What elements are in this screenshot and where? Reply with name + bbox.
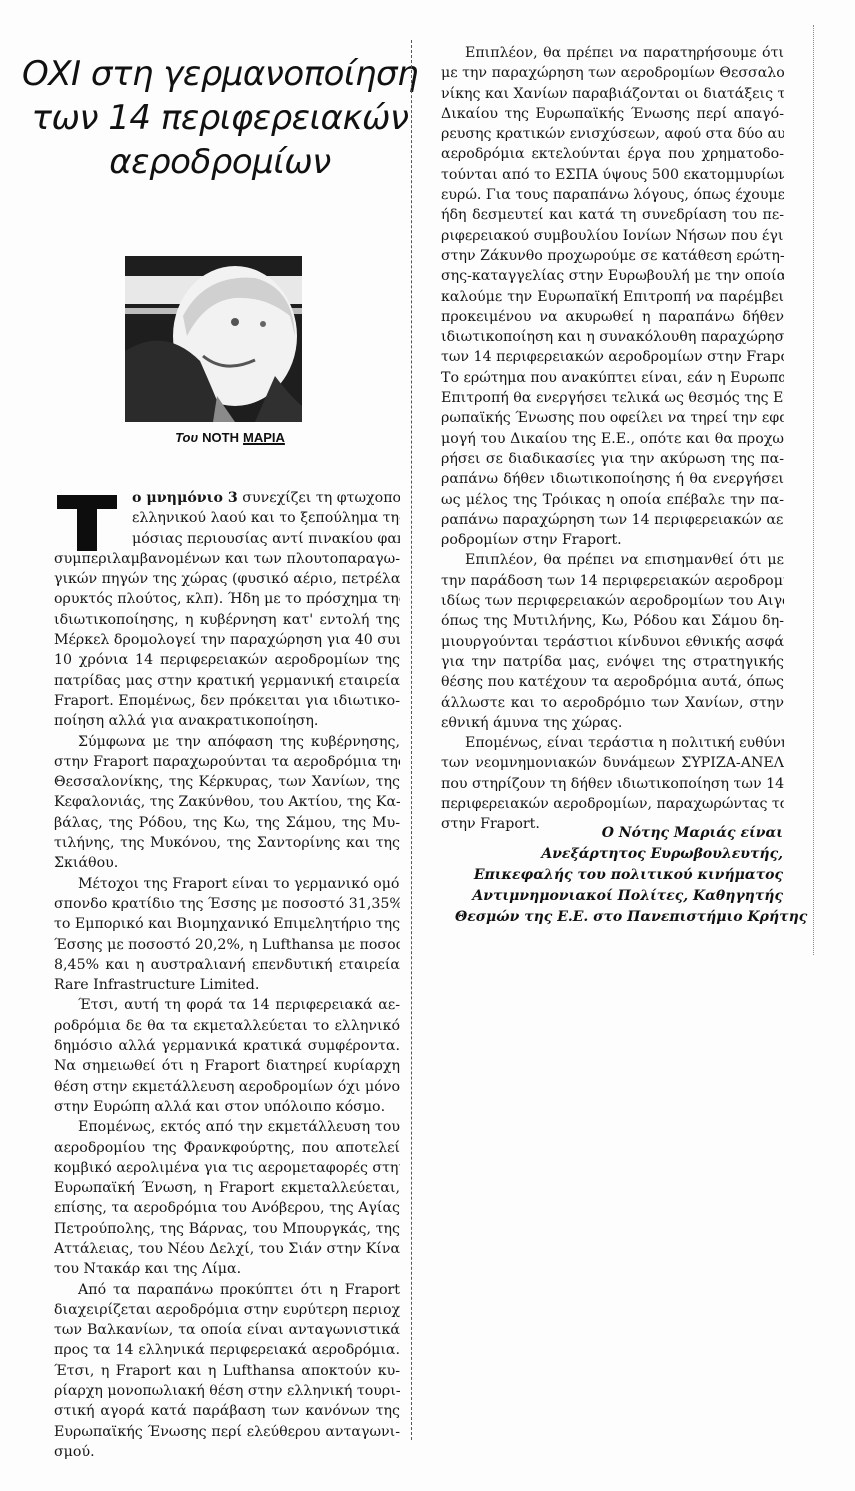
text-line: βάλας, της Ρόδου, της Κω, της Σάμου, της… bbox=[54, 813, 400, 833]
text-line: θέση στην εκμετάλλευση αεροδρομίων όχι μ… bbox=[54, 1077, 400, 1097]
text-line: τιλήνης, της Μυκόνου, της Σαντορίνης και… bbox=[54, 833, 400, 853]
article-column-right: Επιπλέον, θα πρέπει να παρατηρήσουμε ότι… bbox=[441, 43, 784, 835]
text-line: ραπάνω παραχώρηση των 14 περιφερειακών α… bbox=[441, 510, 784, 530]
text-line: Μέρκελ δρομολογεί την παραχώρηση για 40 … bbox=[54, 630, 400, 650]
text-line: με την παραχώρηση των αεροδρομίων Θεσσαλ… bbox=[441, 63, 784, 83]
text-line: ιδιωτικοποίηση και η συνακόλουθη παραχώρ… bbox=[441, 327, 784, 347]
author-photo bbox=[125, 256, 302, 422]
text-line: Fraport. Επομένως, δεν πρόκειται για ιδι… bbox=[54, 691, 400, 711]
author-last-name: ΜΑΡΙΑ bbox=[243, 430, 285, 445]
text-line: Κεφαλονιάς, της Ζακύνθου, του Ακτίου, τη… bbox=[54, 792, 400, 812]
bio-line: Αντιμνημονιακοί Πολίτες, Καθηγητής bbox=[455, 886, 783, 907]
text-line: δημόσιο αλλά γερμανικά κρατικά συμφέροντ… bbox=[54, 1036, 400, 1056]
column-divider bbox=[411, 40, 412, 1440]
text-line: στική αγορά κατά παράβαση των κανόνων τη… bbox=[54, 1401, 400, 1421]
text-line: μιουργούνται τεράστιοι κίνδυνοι εθνικής … bbox=[441, 632, 784, 652]
text-line: Επομένως, εκτός από την εκμετάλλευση του bbox=[54, 1117, 400, 1137]
text-line: ρωπαϊκής Ένωσης που οφείλει να τηρεί την… bbox=[441, 408, 784, 428]
lead-in-bold: ο μνημόνιο 3 bbox=[132, 490, 238, 506]
text-line: ορυκτός πλούτος, κλπ). Ήδη με το πρόσχημ… bbox=[54, 589, 400, 609]
text-line: Έτσι, αυτή τη φορά τα 14 περιφερειακά αε… bbox=[54, 995, 400, 1015]
text-line: ως μέλος της Τρόικας η οποία επέβαλε την… bbox=[441, 490, 784, 510]
text-line: άλλωστε και το αεροδρόμιο των Χανίων, στ… bbox=[441, 693, 784, 713]
text-line: Επομένως, είναι τεράστια η πολιτική ευθύ… bbox=[441, 733, 784, 753]
text-line: των 14 περιφερειακών αεροδρομίων στην Fr… bbox=[441, 347, 784, 367]
text-line: το Εμπορικό και Βιομηχανικό Επιμελητήριο… bbox=[54, 914, 400, 934]
text-line: ευρώ. Για τους παραπάνω λόγους, όπως έχο… bbox=[441, 185, 784, 205]
text-line: Το ερώτημα που ανακύπτει είναι, εάν η Ευ… bbox=[441, 368, 784, 388]
text-line: των Βαλκανίων, τα οποία είναι ανταγωνιστ… bbox=[54, 1320, 400, 1340]
text-line: Επιτροπή θα ενεργήσει τελικά ως θεσμός τ… bbox=[441, 388, 784, 408]
text-line: τούνται από το ΕΣΠΑ ύψους 500 εκατομμυρί… bbox=[441, 165, 784, 185]
byline-prefix: Του bbox=[175, 430, 198, 445]
text-line: Να σημειωθεί ότι η Fraport διατηρεί κυρί… bbox=[54, 1056, 400, 1076]
text-line: Επιπλέον, θα πρέπει να παρατηρήσουμε ότι bbox=[441, 43, 784, 63]
text-line: ριφερειακού συμβουλίου Ιονίων Νήσων που … bbox=[441, 226, 784, 246]
text-line: Θεσσαλονίκης, της Κέρκυρας, των Χανίων, … bbox=[54, 772, 400, 792]
portrait-image-icon bbox=[125, 256, 302, 422]
article-headline: ΟΧΙ στη γερμανοποίηση των 14 περιφερειακ… bbox=[20, 52, 420, 184]
text-line: ροδρομίων στην Fraport. bbox=[441, 530, 784, 550]
text-line: ραπάνω δήθεν ιδιωτικοποίησης ή θα ενεργή… bbox=[441, 469, 784, 489]
text-line: εθνική άμυνα της χώρας. bbox=[441, 713, 784, 733]
text-line: στην Fraport παραχωρούνται τα αεροδρόμια… bbox=[54, 752, 400, 772]
text-line: επίσης, τα αεροδρόμια του Ανόβερου, της … bbox=[54, 1198, 400, 1218]
text-line: ποίηση αλλά για ανακρατικοποίηση. bbox=[54, 711, 400, 731]
text-line: 8,45% και η αυστραλιανή επενδυτική εταιρ… bbox=[54, 955, 400, 975]
bio-line: Ο Νότης Μαριάς είναι bbox=[455, 823, 783, 844]
text-line: Ευρωπαϊκή Ένωση, η Fraport εκμεταλλεύετα… bbox=[54, 1178, 400, 1198]
text-line: ρευσης κρατικών ενισχύσεων, αφού στα δύο… bbox=[441, 124, 784, 144]
author-first-name: ΝΟΤΗ bbox=[202, 430, 239, 445]
headline-line: των 14 περιφερειακών bbox=[20, 96, 420, 140]
text-line: ρήσει σε διαδικασίες για την ακύρωση της… bbox=[441, 449, 784, 469]
text-line: συμπεριλαμβανομένων και των πλουτοπαραγω… bbox=[54, 549, 400, 569]
text-line: Rare Infrastructure Limited. bbox=[54, 975, 400, 995]
text-line: μόσιας περιουσίας αντί πινακίου φακής, bbox=[54, 529, 400, 549]
text-line: στην Ευρώπη αλλά και στον υπόλοιπο κόσμο… bbox=[54, 1097, 400, 1117]
text-line: Σκιάθου. bbox=[54, 853, 400, 873]
article-column-left: ο μνημόνιο 3 συνεχίζει τη φτωχοποίηση το… bbox=[54, 488, 400, 1462]
text-line: στην Ζάκυνθο προχωρούμε σε κατάθεση ερώτ… bbox=[441, 246, 784, 266]
text-line: μογή του Δικαίου της Ε.Ε., οπότε και θα … bbox=[441, 429, 784, 449]
text-line: Από τα παραπάνω προκύπτει ότι η Fraport bbox=[54, 1280, 400, 1300]
text-line: για την πατρίδα μας, ενόψει της στρατηγι… bbox=[441, 652, 784, 672]
text-line: Μέτοχοι της Fraport είναι το γερμανικό ο… bbox=[54, 874, 400, 894]
text-line: περιφερειακών αεροδρομίων, παραχωρώντας … bbox=[441, 794, 784, 814]
text-line: προς τα 14 ελληνικά περιφερειακά αεροδρό… bbox=[54, 1340, 400, 1360]
text-line: που στηρίζουν τη δήθεν ιδιωτικοποίηση τω… bbox=[441, 774, 784, 794]
text-line: σπονδο κρατίδιο της Έσσης με ποσοστό 31,… bbox=[54, 894, 400, 914]
text-line: του Ντακάρ και της Λίμα. bbox=[54, 1259, 400, 1279]
text-line: ροδρόμια δε θα τα εκμεταλλεύεται το ελλη… bbox=[54, 1016, 400, 1036]
bio-line: Επικεφαλής του πολιτικού κινήματος bbox=[455, 865, 783, 886]
text-line: διαχειρίζεται αεροδρόμια στην ευρύτερη π… bbox=[54, 1300, 400, 1320]
newspaper-clipping: ΟΧΙ στη γερμανοποίηση των 14 περιφερειακ… bbox=[0, 0, 855, 1491]
text-line: σης-καταγγελίας στην Ευρωβουλή με την οπ… bbox=[441, 266, 784, 286]
text-line: αεροδρόμια εκτελούνται έργα που χρηματοδ… bbox=[441, 144, 784, 164]
text-line: Έτσι, η Fraport και η Lufthansa αποκτούν… bbox=[54, 1361, 400, 1381]
headline-line: αεροδρομίων bbox=[20, 140, 420, 184]
text-line: νίκης και Χανίων παραβιάζονται οι διατάξ… bbox=[441, 84, 784, 104]
text-line: γικών πηγών της χώρας (φυσικό αέριο, πετ… bbox=[54, 569, 400, 589]
author-bio: Ο Νότης Μαριάς είναι Ανεξάρτητος Ευρωβου… bbox=[455, 823, 783, 928]
text-line: Ευρωπαϊκής Ένωσης περί ελεύθερου ανταγων… bbox=[54, 1422, 400, 1442]
text-line: σμού. bbox=[54, 1442, 400, 1462]
bio-line: Θεσμών της Ε.Ε. στο Πανεπιστήμιο Κρήτης bbox=[455, 907, 783, 928]
text-line: Αττάλειας, του Νέου Δελχί, του Σιάν στην… bbox=[54, 1239, 400, 1259]
byline: ΤουΝΟΤΗΜΑΡΙΑ bbox=[150, 430, 310, 445]
text-line: προκειμένου να ακυρωθεί η παραπάνω δήθεν bbox=[441, 307, 784, 327]
text-line: όπως της Μυτιλήνης, Κω, Ρόδου και Σάμου … bbox=[441, 611, 784, 631]
text-line: ρίαρχη μονοπωλιακή θέση στην ελληνική το… bbox=[54, 1381, 400, 1401]
text-line: την παράδοση των 14 περιφερειακών αεροδρ… bbox=[441, 571, 784, 591]
column-divider-right bbox=[813, 25, 814, 955]
text-line: Δικαίου της Ευρωπαϊκής Ένωσης περί απαγό… bbox=[441, 104, 784, 124]
text-line: 10 χρόνια 14 περιφερειακών αεροδρομίων τ… bbox=[54, 650, 400, 670]
text-line: καλούμε την Ευρωπαϊκή Επιτροπή να παρέμβ… bbox=[441, 287, 784, 307]
text-line: αεροδρομίου της Φρανκφούρτης, που αποτελ… bbox=[54, 1138, 400, 1158]
text-line: Πετρούπολης, της Βάρνας, του Μπουργκάς, … bbox=[54, 1219, 400, 1239]
text-line: ιδιωτικοποίησης, η κυβέρνηση κατ' εντολή… bbox=[54, 610, 400, 630]
text-line: πατρίδας μας στην κρατική γερμανική εται… bbox=[54, 671, 400, 691]
headline-line: ΟΧΙ στη γερμανοποίηση bbox=[20, 52, 420, 96]
text-line: ελληνικού λαού και το ξεπούλημα της δη- bbox=[54, 508, 400, 528]
text-line: των νεομνημονιακών δυνάμεων ΣΥΡΙΖΑ-ΑΝΕΛ bbox=[441, 753, 784, 773]
bio-line: Ανεξάρτητος Ευρωβουλευτής, bbox=[455, 844, 783, 865]
text-line: θέσης που κατέχουν τα αεροδρόμια αυτά, ό… bbox=[441, 672, 784, 692]
text-line: κομβικό αερολιμένα για τις αερομεταφορές… bbox=[54, 1158, 400, 1178]
text-line: ιδίως των περιφερειακών αεροδρομίων του … bbox=[441, 591, 784, 611]
text-line: Έσσης με ποσοστό 20,2%, η Lufthansa με π… bbox=[54, 935, 400, 955]
text-line: Επιπλέον, θα πρέπει να επισημανθεί ότι μ… bbox=[441, 550, 784, 570]
text-line: ο μνημόνιο 3 συνεχίζει τη φτωχοποίηση το… bbox=[54, 488, 400, 508]
text-line: Σύμφωνα με την απόφαση της κυβέρνησης, bbox=[54, 732, 400, 752]
text-line: ήδη δεσμευτεί και κατά τη συνεδρίαση του… bbox=[441, 205, 784, 225]
